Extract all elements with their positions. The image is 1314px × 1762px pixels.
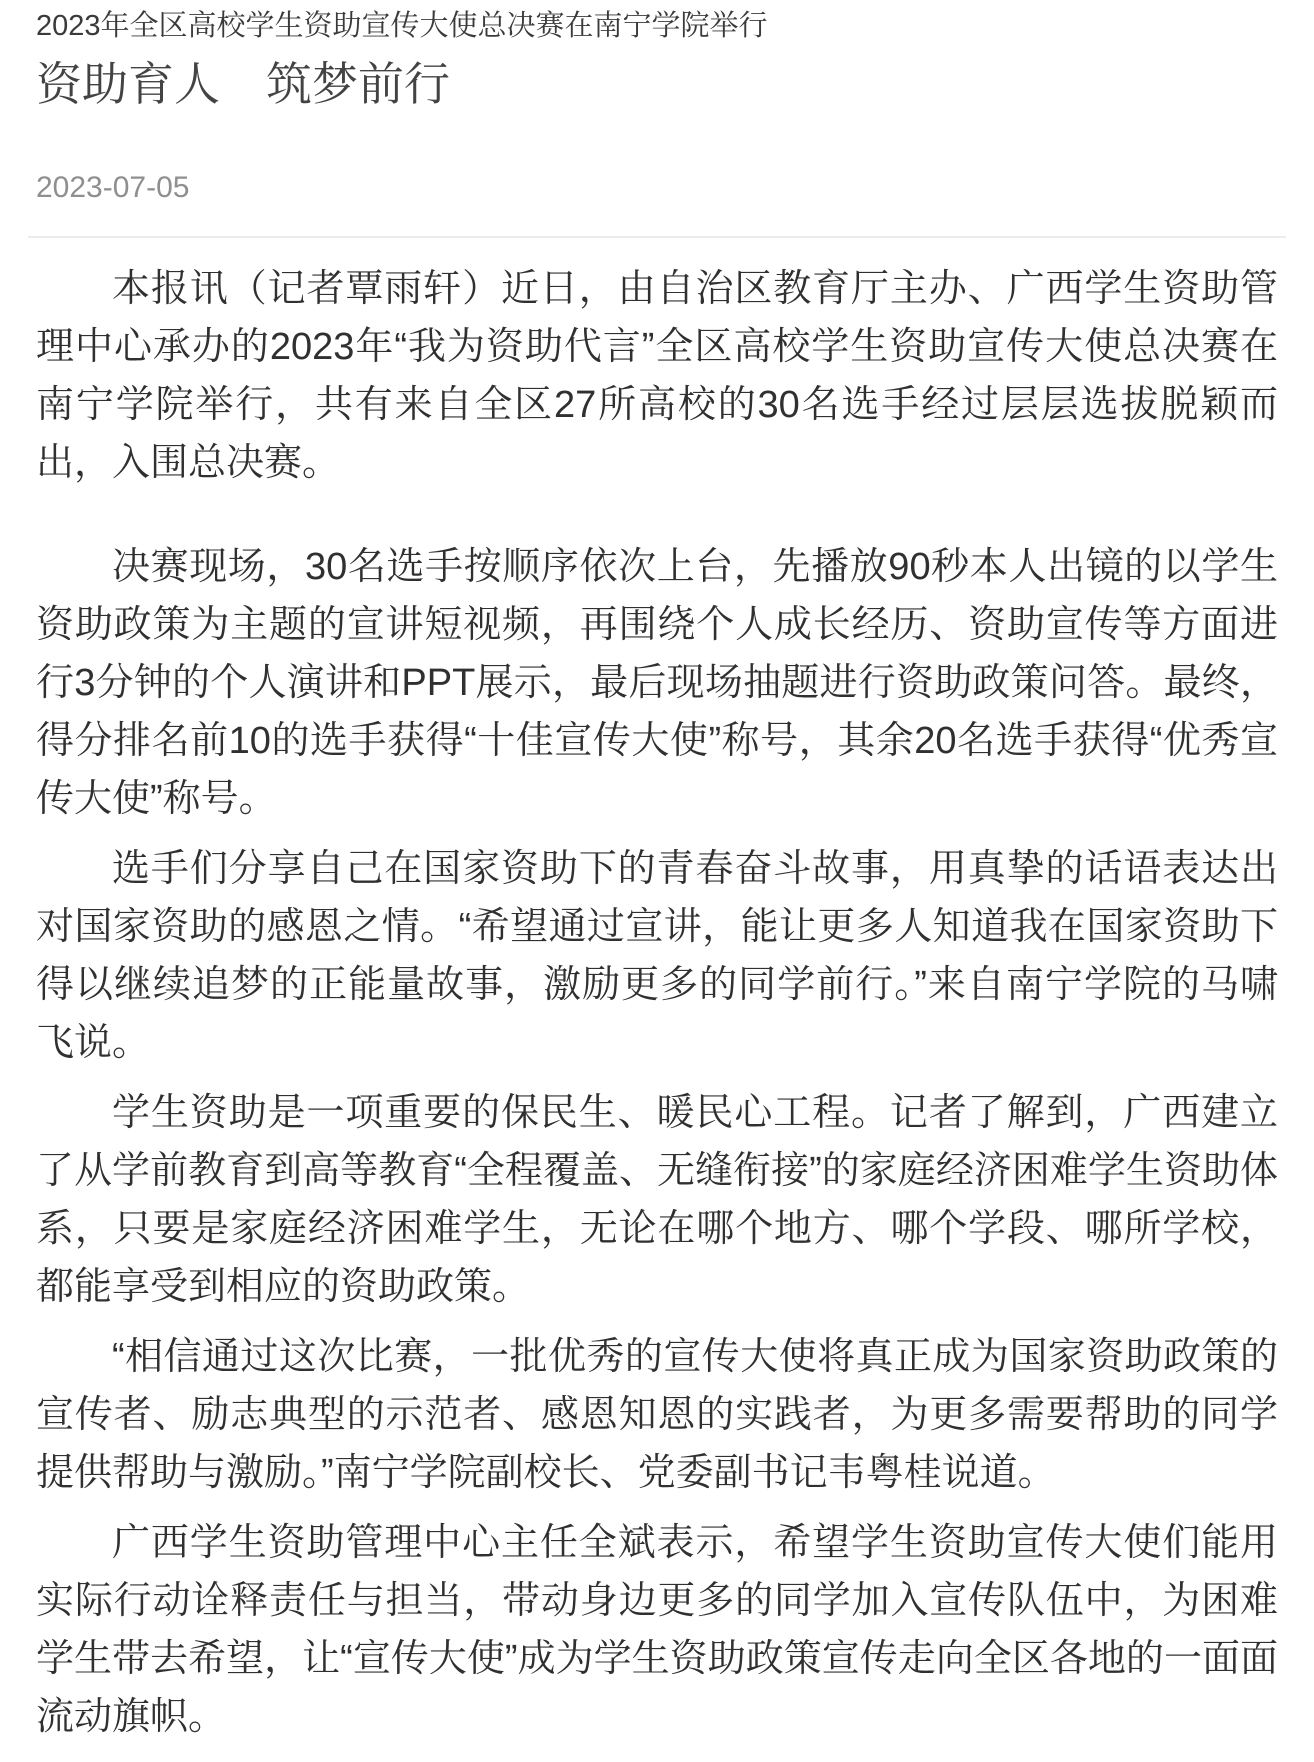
article-paragraph: 选手们分享自己在国家资助下的青春奋斗故事，用真挚的话语表达出对国家资助的感恩之情…: [36, 840, 1278, 1072]
page-title: 资助育人 筑梦前行: [36, 54, 1278, 114]
article-date: 2023-07-05: [36, 170, 1278, 206]
article-paragraph: “相信通过这次比赛，一批优秀的宣传大使将真正成为国家资助政策的宣传者、励志典型的…: [36, 1328, 1278, 1502]
article-paragraph: 广西学生资助管理中心主任全斌表示，希望学生资助宣传大使们能用实际行动诠释责任与担…: [36, 1514, 1278, 1746]
article-body: 本报讯（记者覃雨轩）近日，由自治区教育厅主办、广西学生资助管理中心承办的2023…: [36, 260, 1278, 1746]
article-page: 2023年全区高校学生资助宣传大使总决赛在南宁学院举行 资助育人 筑梦前行 20…: [0, 0, 1314, 1762]
article-paragraph: 本报讯（记者覃雨轩）近日，由自治区教育厅主办、广西学生资助管理中心承办的2023…: [36, 260, 1278, 492]
article-pretitle: 2023年全区高校学生资助宣传大使总决赛在南宁学院举行: [36, 6, 1278, 46]
article-paragraph: 决赛现场，30名选手按顺序依次上台，先播放90秒本人出镜的以学生资助政策为主题的…: [36, 538, 1278, 828]
header-divider: [28, 236, 1286, 238]
article-paragraph: 学生资助是一项重要的保民生、暖民心工程。记者了解到，广西建立了从学前教育到高等教…: [36, 1084, 1278, 1316]
